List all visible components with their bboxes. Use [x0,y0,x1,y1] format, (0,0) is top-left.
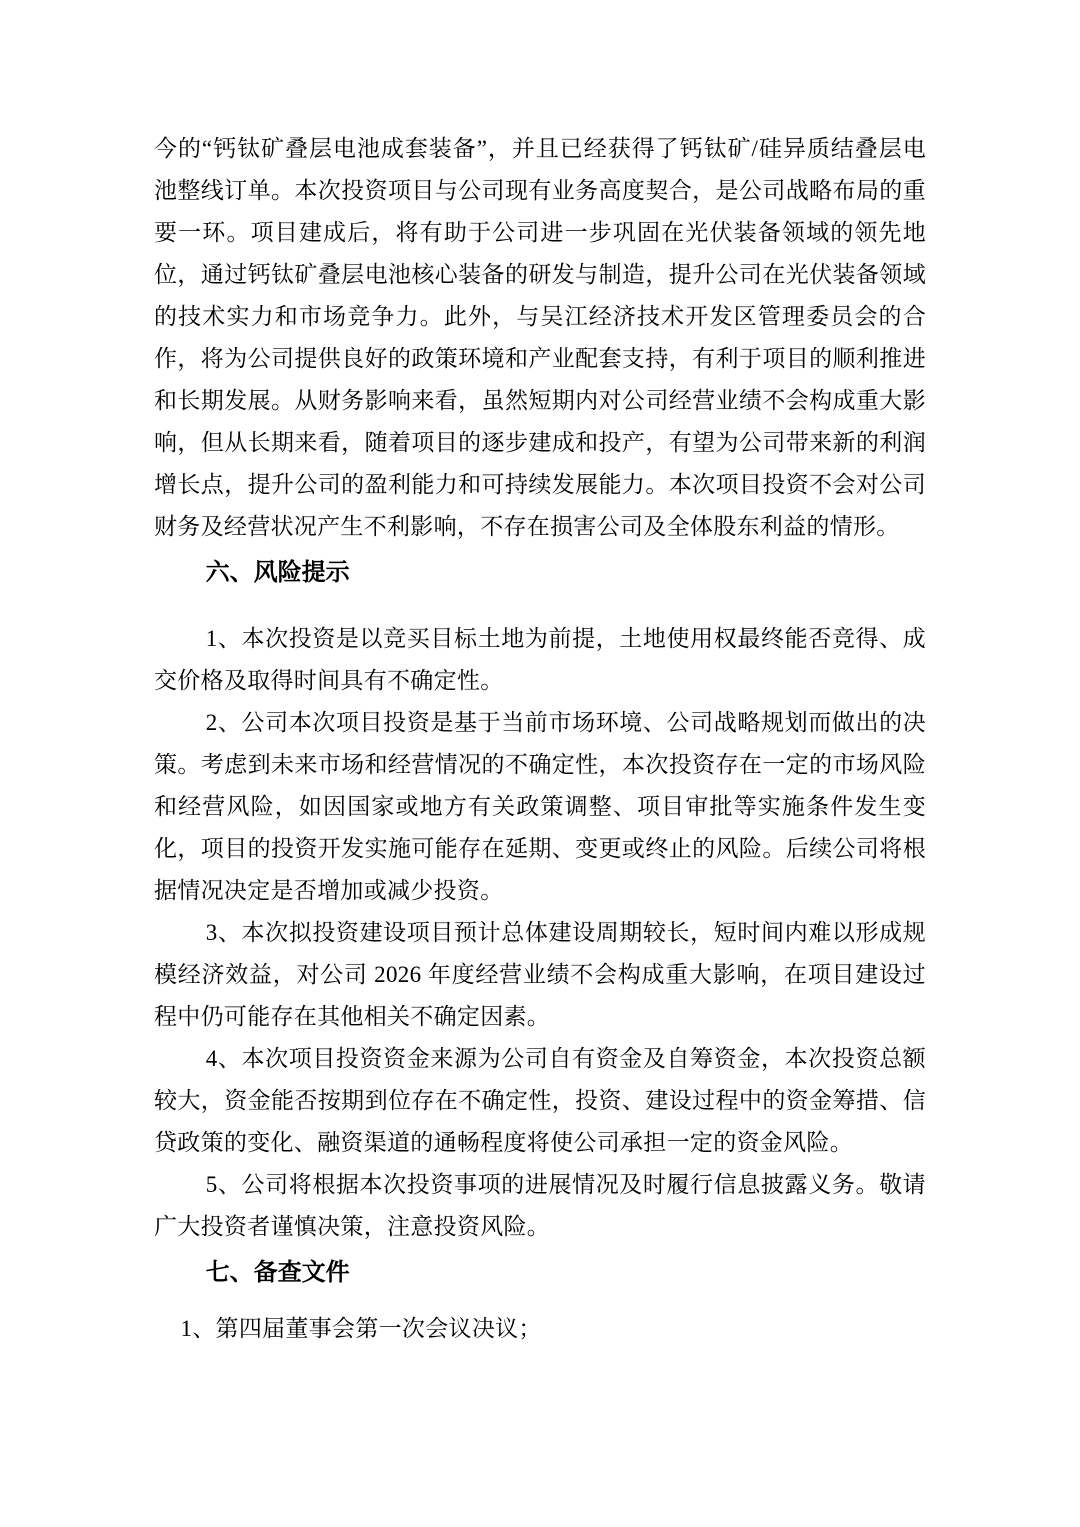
risk-item-1: 1、本次投资是以竞买目标土地为前提，土地使用权最终能否竞得、成交价格及取得时间具… [154,618,926,702]
risk-item-4: 4、本次项目投资资金来源为公司自有资金及自筹资金，本次投资总额较大，资金能否按期… [154,1038,926,1164]
risk-item-2: 2、公司本次项目投资是基于当前市场环境、公司战略规划而做出的决策。考虑到未来市场… [154,702,926,912]
section-heading-reference-documents: 七、备查文件 [154,1252,926,1294]
document-page: 今的“钙钛矿叠层电池成套装备”，并且已经获得了钙钛矿/硅异质结叠层电池整线订单。… [0,0,1080,1527]
section-heading-risk-notice: 六、风险提示 [154,552,926,594]
reference-document-item-1: 1、第四届董事会第一次会议决议； [154,1308,926,1350]
risk-item-5: 5、公司将根据本次投资事项的进展情况及时履行信息披露义务。敬请广大投资者谨慎决策… [154,1164,926,1248]
body-paragraph-continuation: 今的“钙钛矿叠层电池成套装备”，并且已经获得了钙钛矿/硅异质结叠层电池整线订单。… [154,128,926,548]
risk-item-3: 3、本次拟投资建设项目预计总体建设周期较长，短时间内难以形成规模经济效益，对公司… [154,912,926,1038]
